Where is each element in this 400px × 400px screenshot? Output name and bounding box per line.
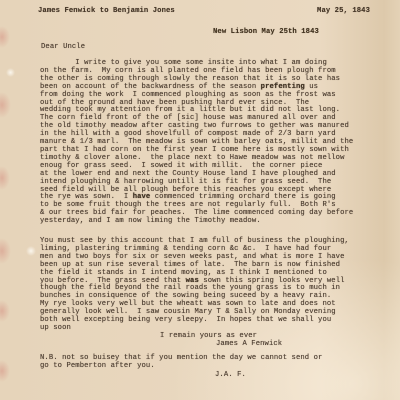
archive-annotation-names: James Fenwick to Benjamin Jones bbox=[38, 8, 175, 16]
pin-hole bbox=[6, 68, 15, 77]
foxing-stain bbox=[0, 360, 10, 382]
pin-hole bbox=[26, 246, 36, 256]
archive-annotation-row: James Fenwick to Benjamin Jones May 25, … bbox=[38, 8, 370, 16]
letter-dateline: New Lisbon May 25th 1843 bbox=[213, 29, 319, 37]
postscript: N.B. not so buisey that if you mention t… bbox=[40, 355, 322, 371]
foxing-stain bbox=[0, 92, 11, 118]
foxing-stain bbox=[0, 26, 10, 48]
scanned-letter-page: James Fenwick to Benjamin Jones May 25, … bbox=[0, 0, 400, 400]
foxing-stain bbox=[0, 300, 10, 322]
signature: James A Fenwick bbox=[216, 341, 282, 349]
postscript-initials: J.A. F. bbox=[215, 372, 246, 380]
letter-paragraph-2: You must see by this account that I am f… bbox=[40, 238, 349, 333]
letter-paragraph-1: I write to give you some some insite int… bbox=[40, 60, 353, 226]
foxing-stain bbox=[0, 238, 11, 264]
archive-annotation-date: May 25, 1843 bbox=[317, 8, 370, 16]
foxing-stain bbox=[0, 166, 10, 190]
salutation: Dear Uncle bbox=[41, 44, 85, 52]
